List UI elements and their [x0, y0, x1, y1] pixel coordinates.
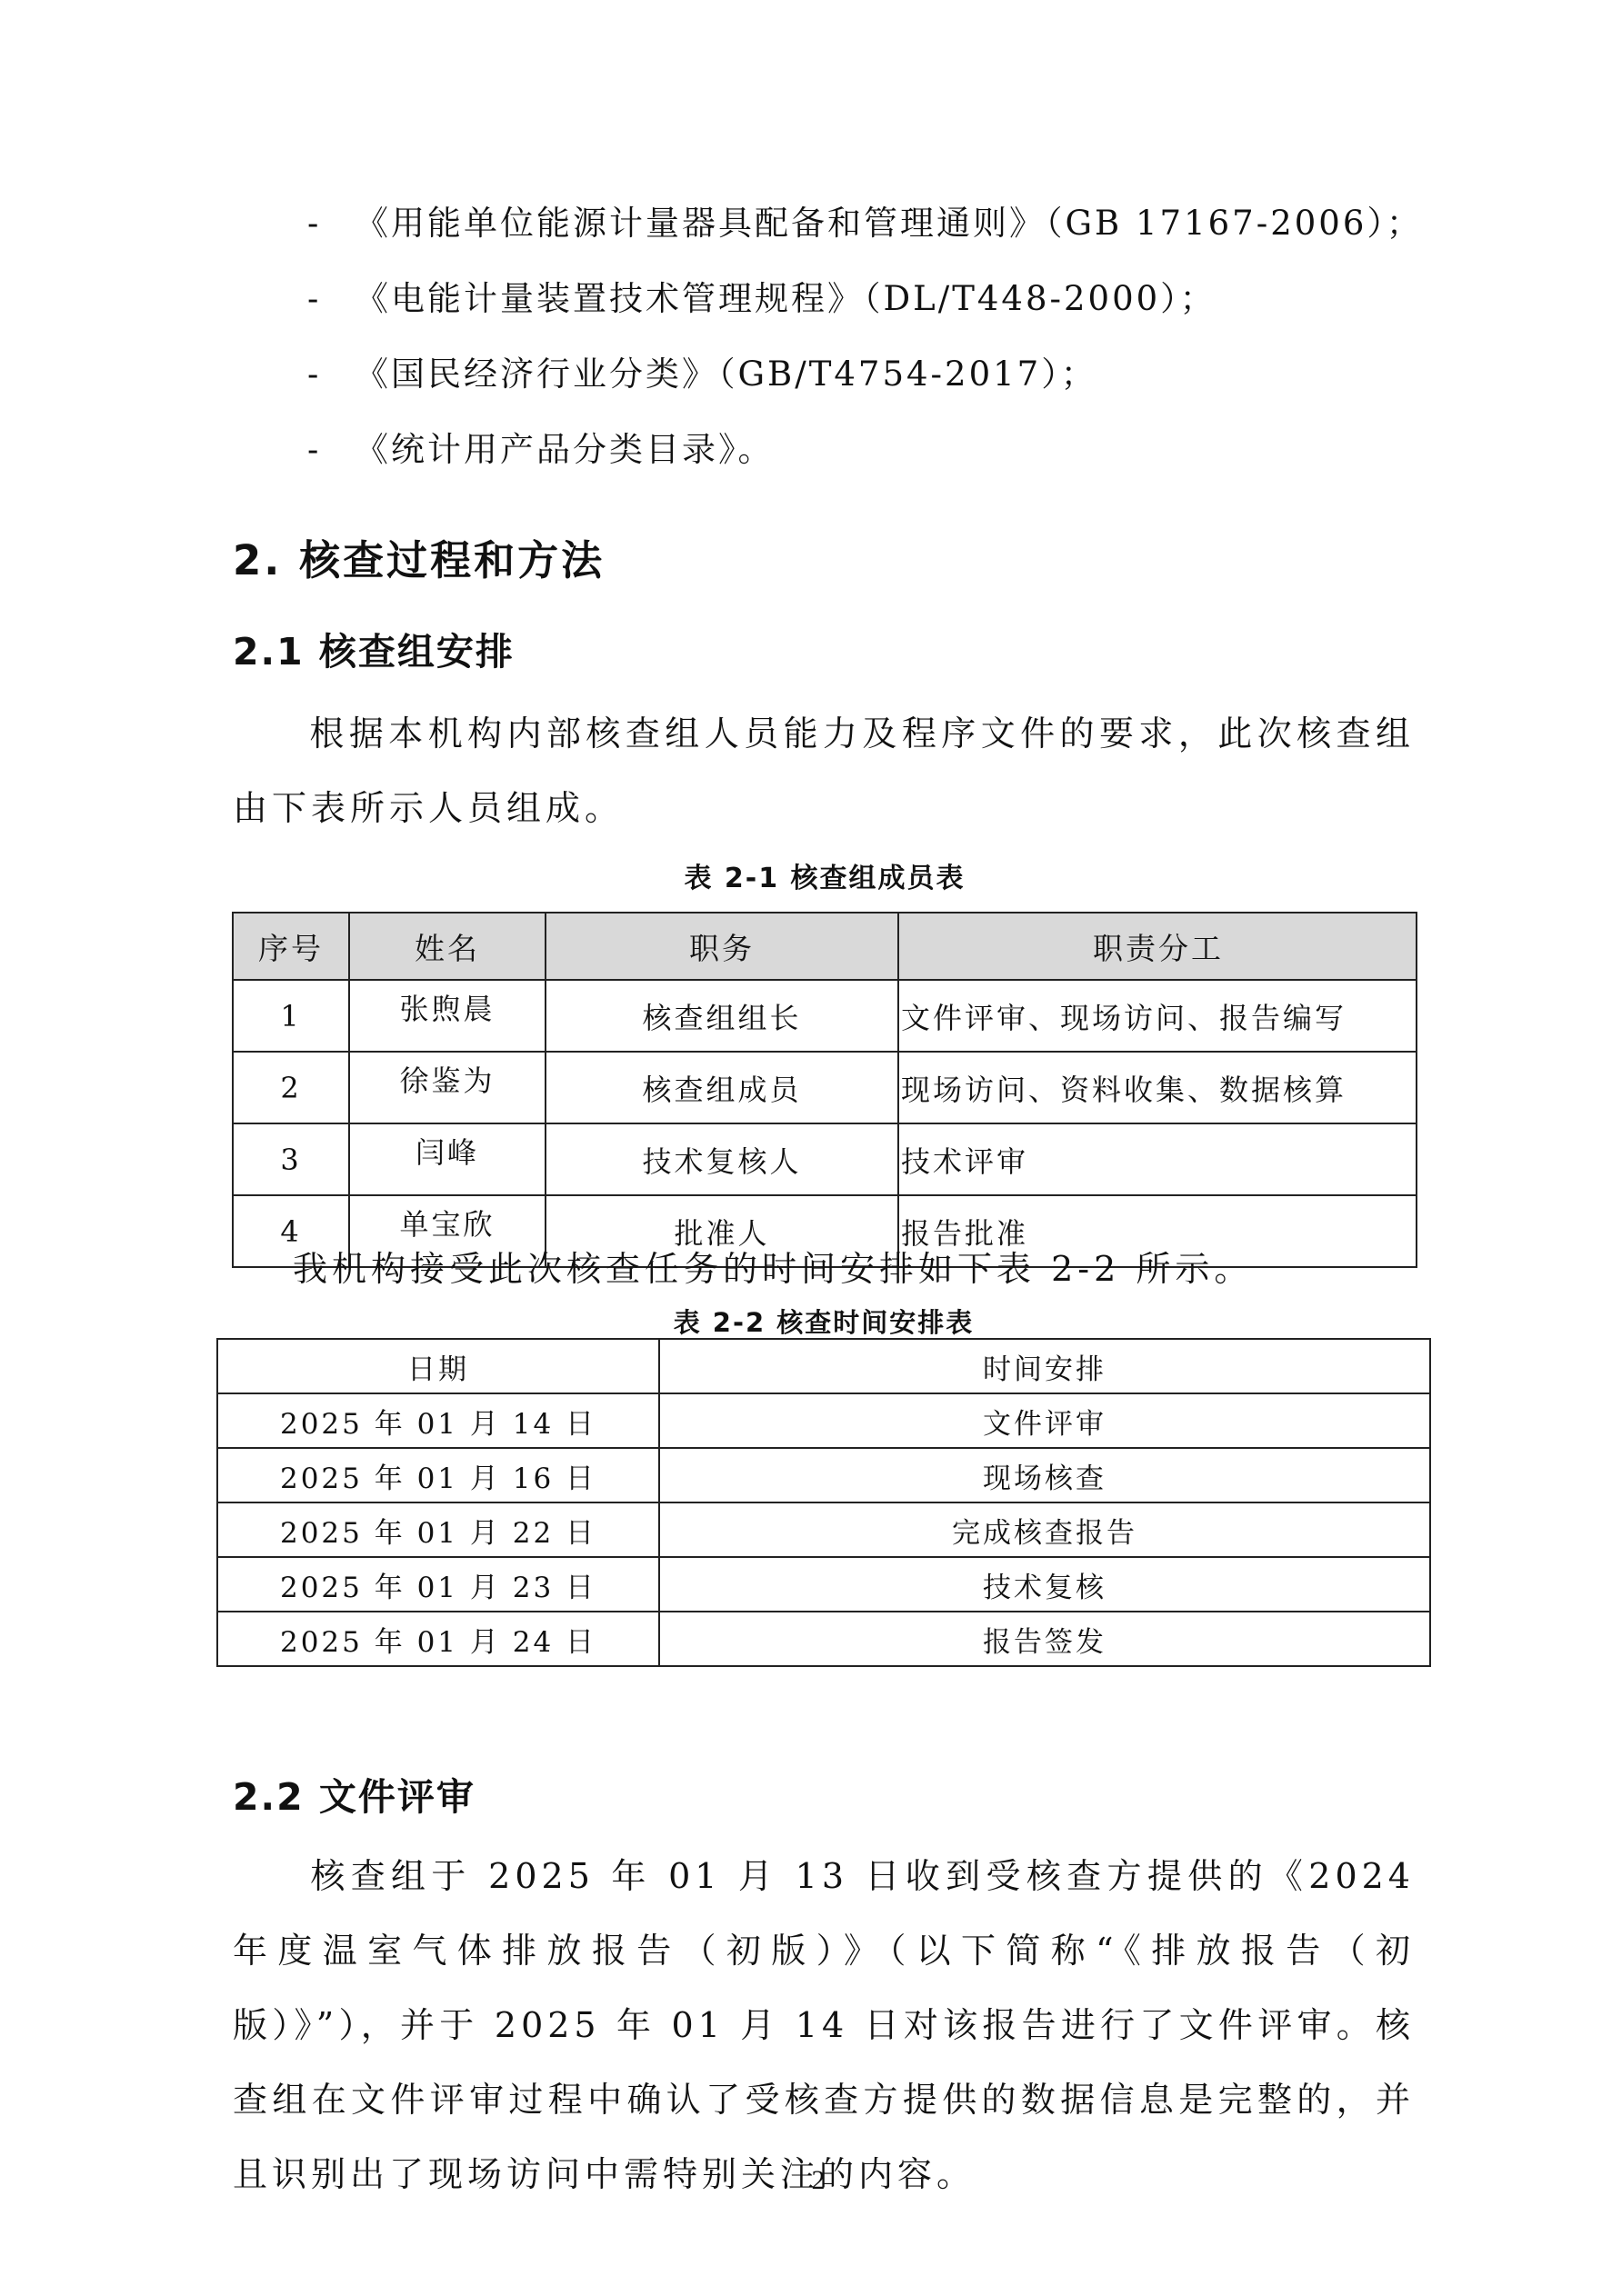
cell-index: 1 — [233, 980, 349, 1052]
cell-duty: 技术评审 — [898, 1123, 1417, 1195]
cell-role: 核查组成员 — [546, 1052, 898, 1123]
paragraph: 我机构接受此次核查任务的时间安排如下表 2-2 所示。 — [233, 1241, 1415, 1297]
cell-name: 张煦晨 — [349, 980, 546, 1052]
table-row: 2 徐鉴为 核查组成员 现场访问、资料收集、数据核算 — [233, 1052, 1417, 1123]
cell-task: 技术复核 — [659, 1557, 1430, 1612]
members-table: 序号 姓名 职务 职责分工 1 张煦晨 核查组组长 文件评审、现场访问、报告编写… — [232, 912, 1417, 1268]
cell-task: 完成核查报告 — [659, 1502, 1430, 1557]
reference-item: -《统计用产品分类目录》。 — [307, 427, 775, 473]
dash-bullet-icon: - — [307, 352, 355, 397]
table-caption: 表 2-1 核查组成员表 — [232, 855, 1417, 895]
paragraph: 根据本机构内部核查组人员能力及程序文件的要求，此次核查组由下表所示人员组成。 — [233, 696, 1415, 845]
subsection-heading: 2.1 核查组安排 — [233, 622, 515, 675]
cell-duty: 文件评审、现场访问、报告编写 — [898, 980, 1417, 1052]
cell-date: 2025 年 01 月 14 日 — [217, 1393, 659, 1448]
cell-task: 文件评审 — [659, 1393, 1430, 1448]
cell-duty: 现场访问、资料收集、数据核算 — [898, 1052, 1417, 1123]
dash-bullet-icon: - — [307, 427, 355, 473]
cell-task: 报告签发 — [659, 1612, 1430, 1666]
reference-item: -《用能单位能源计量器具配备和管理通则》（GB 17167-2006）； — [307, 201, 1423, 246]
page-number: 2 — [800, 2165, 836, 2196]
table-row: 2025 年 01 月 16 日 现场核查 — [217, 1448, 1430, 1502]
dash-bullet-icon: - — [307, 276, 355, 322]
column-header: 姓名 — [349, 913, 546, 980]
cell-index: 2 — [233, 1052, 349, 1123]
cell-task: 现场核查 — [659, 1448, 1430, 1502]
table-row: 1 张煦晨 核查组组长 文件评审、现场访问、报告编写 — [233, 980, 1417, 1052]
column-header: 职务 — [546, 913, 898, 980]
table-caption: 表 2-2 核查时间安排表 — [216, 1303, 1431, 1340]
reference-text: 《国民经济行业分类》（GB/T4754-2017）； — [355, 354, 1097, 394]
cell-index: 3 — [233, 1123, 349, 1195]
table-header-row: 日期 时间安排 — [217, 1339, 1430, 1393]
cell-name: 徐鉴为 — [349, 1052, 546, 1123]
table-row: 2025 年 01 月 23 日 技术复核 — [217, 1557, 1430, 1612]
section-heading: 2. 核查过程和方法 — [233, 527, 605, 586]
dash-bullet-icon: - — [307, 201, 355, 246]
table-row: 2025 年 01 月 14 日 文件评审 — [217, 1393, 1430, 1448]
reference-text: 《用能单位能源计量器具配备和管理通则》（GB 17167-2006）； — [355, 204, 1423, 243]
table-row: 2025 年 01 月 24 日 报告签发 — [217, 1612, 1430, 1666]
schedule-table: 日期 时间安排 2025 年 01 月 14 日 文件评审 2025 年 01 … — [216, 1338, 1431, 1667]
reference-text: 《统计用产品分类目录》。 — [355, 430, 775, 469]
cell-name: 闫峰 — [349, 1123, 546, 1195]
cell-date: 2025 年 01 月 22 日 — [217, 1502, 659, 1557]
column-header: 日期 — [217, 1339, 659, 1393]
paragraph: 核查组于 2025 年 01 月 13 日收到受核查方提供的《2024 年度温室… — [233, 1839, 1415, 2211]
column-header: 时间安排 — [659, 1339, 1430, 1393]
table-header-row: 序号 姓名 职务 职责分工 — [233, 913, 1417, 980]
reference-text: 《电能计量装置技术管理规程》（DL/T448-2000）； — [355, 279, 1216, 318]
table-row: 2025 年 01 月 22 日 完成核查报告 — [217, 1502, 1430, 1557]
column-header: 序号 — [233, 913, 349, 980]
table-row: 3 闫峰 技术复核人 技术评审 — [233, 1123, 1417, 1195]
cell-date: 2025 年 01 月 23 日 — [217, 1557, 659, 1612]
cell-role: 技术复核人 — [546, 1123, 898, 1195]
reference-item: -《电能计量装置技术管理规程》（DL/T448-2000）； — [307, 276, 1216, 322]
reference-item: -《国民经济行业分类》（GB/T4754-2017）； — [307, 352, 1097, 397]
cell-role: 核查组组长 — [546, 980, 898, 1052]
cell-date: 2025 年 01 月 24 日 — [217, 1612, 659, 1666]
column-header: 职责分工 — [898, 913, 1417, 980]
cell-date: 2025 年 01 月 16 日 — [217, 1448, 659, 1502]
subsection-heading: 2.2 文件评审 — [233, 1767, 476, 1821]
